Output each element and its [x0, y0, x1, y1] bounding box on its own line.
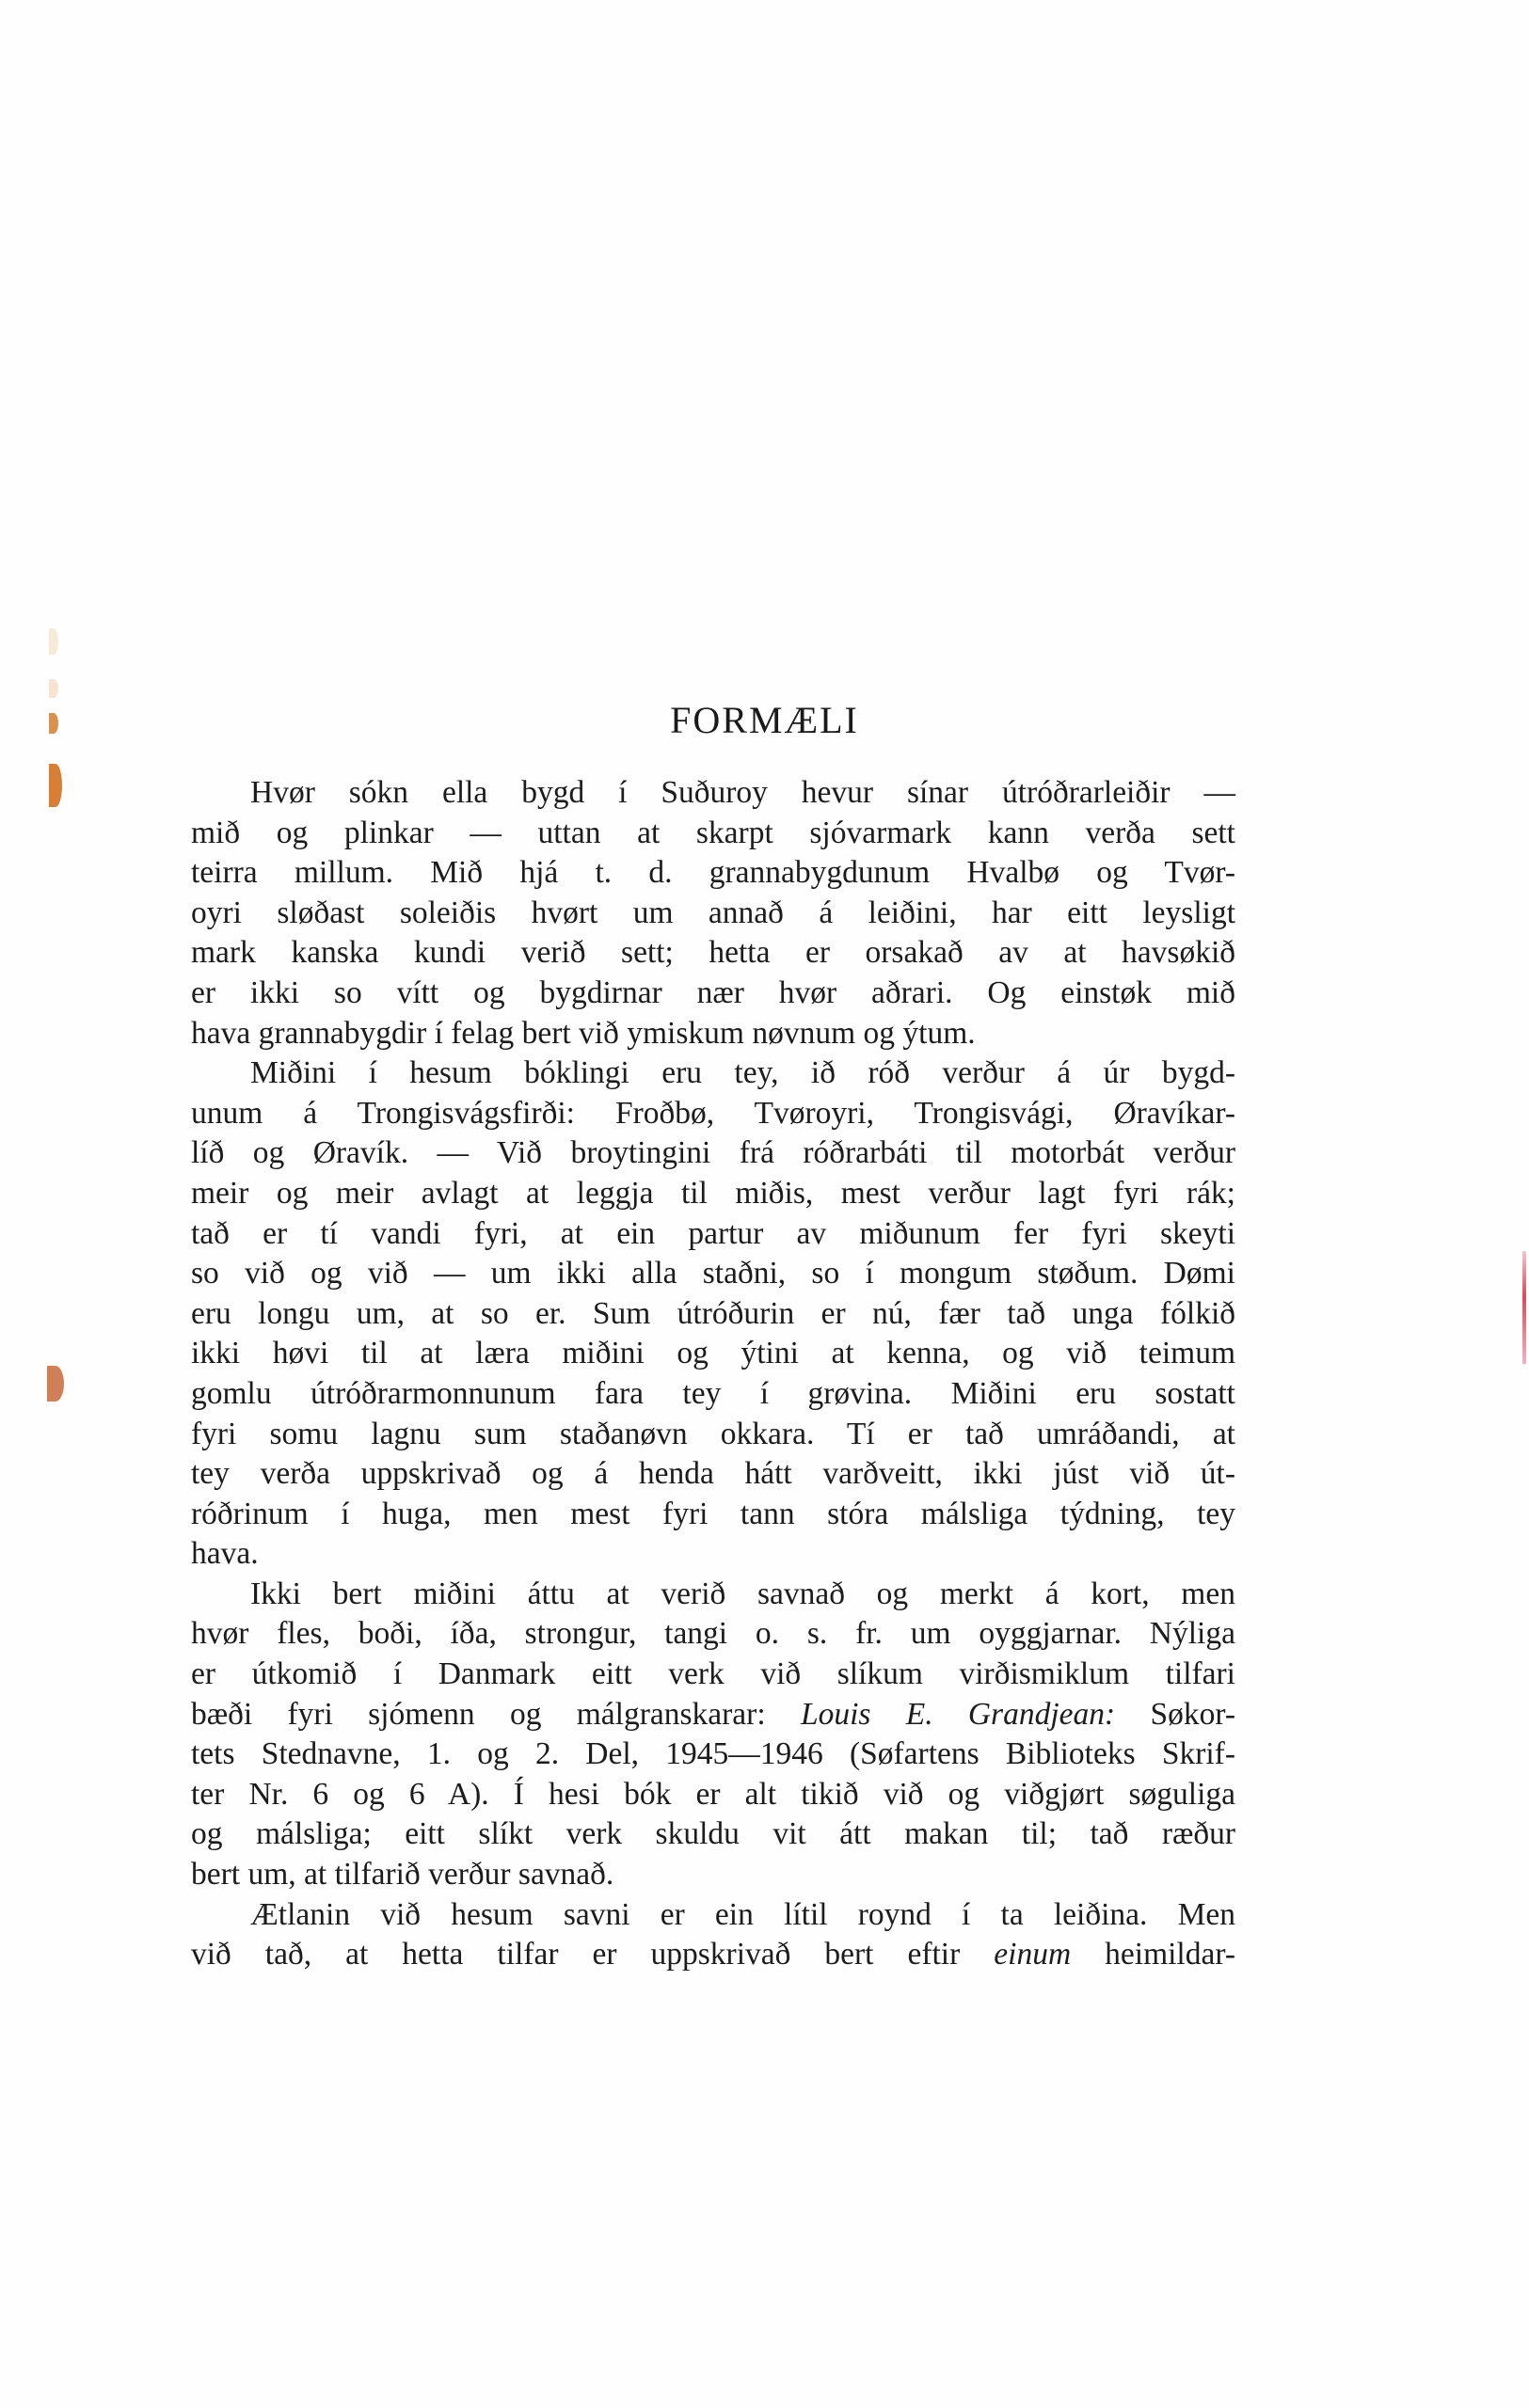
paragraph-4: Ætlanin við hesum savni er ein lítil roy… — [191, 1895, 1235, 1975]
text-line: róðrinum í huga, men mest fyri tann stór… — [191, 1495, 1235, 1535]
text-line: er útkomið í Danmark eitt verk við slíku… — [191, 1655, 1235, 1695]
page-title: FORMÆLI — [0, 698, 1529, 742]
body-text: Hvør sókn ella bygd í Suðuroy hevur sína… — [191, 773, 1235, 1975]
text-line: eru longu um, at so er. Sum útróðurin er… — [191, 1294, 1235, 1335]
text-line: Hvør sókn ella bygd í Suðuroy hevur sína… — [191, 773, 1235, 814]
text-line: Ikki bert miðini áttu at verið savnað og… — [191, 1575, 1235, 1615]
text-fragment: við tað, at hetta tilfar er uppskrivað b… — [191, 1937, 960, 1972]
text-line: unum á Trongisvágsfirði: Froðbø, Tvøroyr… — [191, 1094, 1235, 1134]
citation-author: Louis E. Grandjean: — [801, 1697, 1115, 1732]
text-line: meir og meir avlagt at leggja til miðis,… — [191, 1174, 1235, 1214]
text-line: hava grannabygdir í felag bert við ymisk… — [191, 1014, 1235, 1054]
page-edge-stain — [49, 764, 62, 807]
text-line: tað er tí vandi fyri, at ein partur av m… — [191, 1214, 1235, 1255]
text-line: fyri somu lagnu sum staðanøvn okkara. Tí… — [191, 1415, 1235, 1455]
text-fragment: bæði fyri sjómenn og málgranskarar: — [191, 1697, 766, 1732]
page-edge-bookmark — [1522, 1251, 1526, 1364]
text-line: Miðini í hesum bóklingi eru tey, ið róð … — [191, 1053, 1235, 1094]
text-line-with-emphasis: við tað, at hetta tilfar er uppskrivað b… — [191, 1935, 1235, 1975]
page-edge-stain — [49, 679, 58, 698]
text-line: mark kanska kundi verið sett; hetta er o… — [191, 933, 1235, 974]
page-edge-stain — [49, 628, 58, 655]
emphasized-word: einum — [994, 1937, 1071, 1972]
citation-title: Søkor- — [1151, 1697, 1236, 1732]
text-fragment: heimildar- — [1105, 1937, 1235, 1972]
text-line: ter Nr. 6 og 6 A). Í hesi bók er alt tik… — [191, 1775, 1235, 1815]
text-line: og málsliga; eitt slíkt verk skuldu vit … — [191, 1814, 1235, 1855]
text-line-with-citation: bæði fyri sjómenn og málgranskarar: Loui… — [191, 1695, 1235, 1735]
text-line: mið og plinkar — uttan at skarpt sjóvarm… — [191, 814, 1235, 854]
page-edge-stain — [47, 1366, 64, 1402]
paragraph-2: Miðini í hesum bóklingi eru tey, ið róð … — [191, 1053, 1235, 1575]
text-line: ikki høvi til at læra miðini og ýtini at… — [191, 1334, 1235, 1374]
text-line: tey verða uppskrivað og á henda hátt var… — [191, 1454, 1235, 1495]
text-line: oyri sløðast soleiðis hvørt um annað á l… — [191, 894, 1235, 934]
text-line: hava. — [191, 1534, 1235, 1575]
text-line: teirra millum. Mið hjá t. d. grannabygdu… — [191, 853, 1235, 894]
text-line: Ætlanin við hesum savni er ein lítil roy… — [191, 1895, 1235, 1936]
paragraph-3: Ikki bert miðini áttu at verið savnað og… — [191, 1575, 1235, 1895]
text-line: gomlu útróðrarmonnunum fara tey í grøvin… — [191, 1374, 1235, 1415]
text-line: tets Stednavne, 1. og 2. Del, 1945—1946 … — [191, 1735, 1235, 1775]
scanned-page: FORMÆLI Hvør sókn ella bygd í Suðuroy he… — [0, 0, 1529, 2408]
paragraph-1: Hvør sókn ella bygd í Suðuroy hevur sína… — [191, 773, 1235, 1053]
text-line: líð og Øravík. — Við broytingini frá róð… — [191, 1133, 1235, 1174]
text-line: so við og við — um ikki alla staðni, so … — [191, 1254, 1235, 1294]
text-line: er ikki so vítt og bygdirnar nær hvør að… — [191, 974, 1235, 1014]
text-line: hvør fles, boði, íða, strongur, tangi o.… — [191, 1614, 1235, 1655]
text-line: bert um, at tilfarið verður savnað. — [191, 1855, 1235, 1895]
